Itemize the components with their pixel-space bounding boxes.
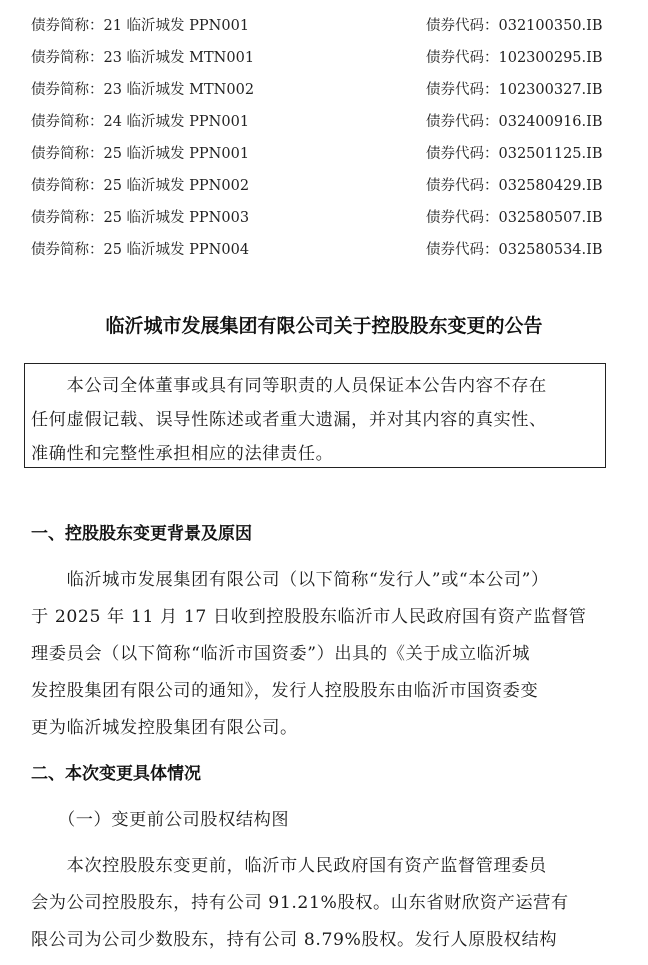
document-title: 临沂城市发展集团有限公司关于控股股东变更的公告 xyxy=(0,312,648,340)
bond-row: 债券简称：21 临沂城发 PPN001 债券代码：032100350.IB xyxy=(31,16,611,36)
disclaimer-line: 本公司全体董事或具有同等职责的人员保证本公告内容不存在 xyxy=(31,374,547,398)
bond-code: 债券代码：032501125.IB xyxy=(426,144,603,164)
bond-row: 债券简称：25 临沂城发 PPN001 债券代码：032501125.IB xyxy=(31,144,611,164)
bond-code: 债券代码：102300327.IB xyxy=(426,80,603,100)
bond-short-name: 债券简称：25 临沂城发 PPN003 xyxy=(31,208,249,228)
bond-short-name: 债券简称：25 临沂城发 PPN004 xyxy=(31,240,249,260)
paragraph-line: 临沂城市发展集团有限公司（以下简称“发行人”或“本公司”） xyxy=(31,568,549,592)
disclaimer-line: 任何虚假记载、误导性陈述或者重大遗漏，并对其内容的真实性、 xyxy=(31,408,547,432)
bond-code: 债券代码：032400916.IB xyxy=(426,112,603,132)
bond-short-name: 债券简称：24 临沂城发 PPN001 xyxy=(31,112,249,132)
bond-code: 债券代码：032580507.IB xyxy=(426,208,603,228)
bond-short-name: 债券简称：23 临沂城发 MTN002 xyxy=(31,80,254,100)
bond-row: 债券简称：25 临沂城发 PPN002 债券代码：032580429.IB xyxy=(31,176,611,196)
bond-row: 债券简称：25 临沂城发 PPN004 债券代码：032580534.IB xyxy=(31,240,611,260)
bond-short-name: 债券简称：21 临沂城发 PPN001 xyxy=(31,16,249,36)
disclaimer-line: 准确性和完整性承担相应的法律责任。 xyxy=(31,442,333,466)
bond-row: 债券简称：23 临沂城发 MTN002 债券代码：102300327.IB xyxy=(31,80,611,100)
section-heading-background: 一、控股股东变更背景及原因 xyxy=(31,522,252,546)
paragraph-line: 会为公司控股股东，持有公司 91.21%股权。山东省财欣资产运营有 xyxy=(31,891,569,915)
bond-code: 债券代码：102300295.IB xyxy=(426,48,603,68)
bond-short-name: 债券简称：25 临沂城发 PPN001 xyxy=(31,144,249,164)
paragraph-line: 发控股集团有限公司的通知》，发行人控股股东由临沂市国资委变 xyxy=(31,679,538,703)
paragraph-line: 理委员会（以下简称“临沂市国资委”）出具的《关于成立临沂城 xyxy=(31,642,530,666)
bond-row: 债券简称：23 临沂城发 MTN001 债券代码：102300295.IB xyxy=(31,48,611,68)
bond-code: 债券代码：032580429.IB xyxy=(426,176,603,196)
paragraph-line: 于 2025 年 11 月 17 日收到控股股东临沂市人民政府国有资产监督管 xyxy=(31,605,587,629)
paragraph-line: 本次控股股东变更前，临沂市人民政府国有资产监督管理委员 xyxy=(31,854,547,878)
bond-code: 债券代码：032580534.IB xyxy=(426,240,603,260)
bond-row: 债券简称：24 临沂城发 PPN001 债券代码：032400916.IB xyxy=(31,112,611,132)
bond-short-name: 债券简称：25 临沂城发 PPN002 xyxy=(31,176,249,196)
bond-row: 债券简称：25 临沂城发 PPN003 债券代码：032580507.IB xyxy=(31,208,611,228)
paragraph-line: 更为临沂城发控股集团有限公司。 xyxy=(31,716,298,740)
bond-short-name: 债券简称：23 临沂城发 MTN001 xyxy=(31,48,254,68)
subsection-heading: （一）变更前公司股权结构图 xyxy=(31,808,289,832)
bond-code: 债券代码：032100350.IB xyxy=(426,16,603,36)
paragraph-line: 限公司为公司少数股东，持有公司 8.79%股权。发行人原股权结构 xyxy=(31,928,557,952)
section-heading-details: 二、本次变更具体情况 xyxy=(31,762,201,786)
